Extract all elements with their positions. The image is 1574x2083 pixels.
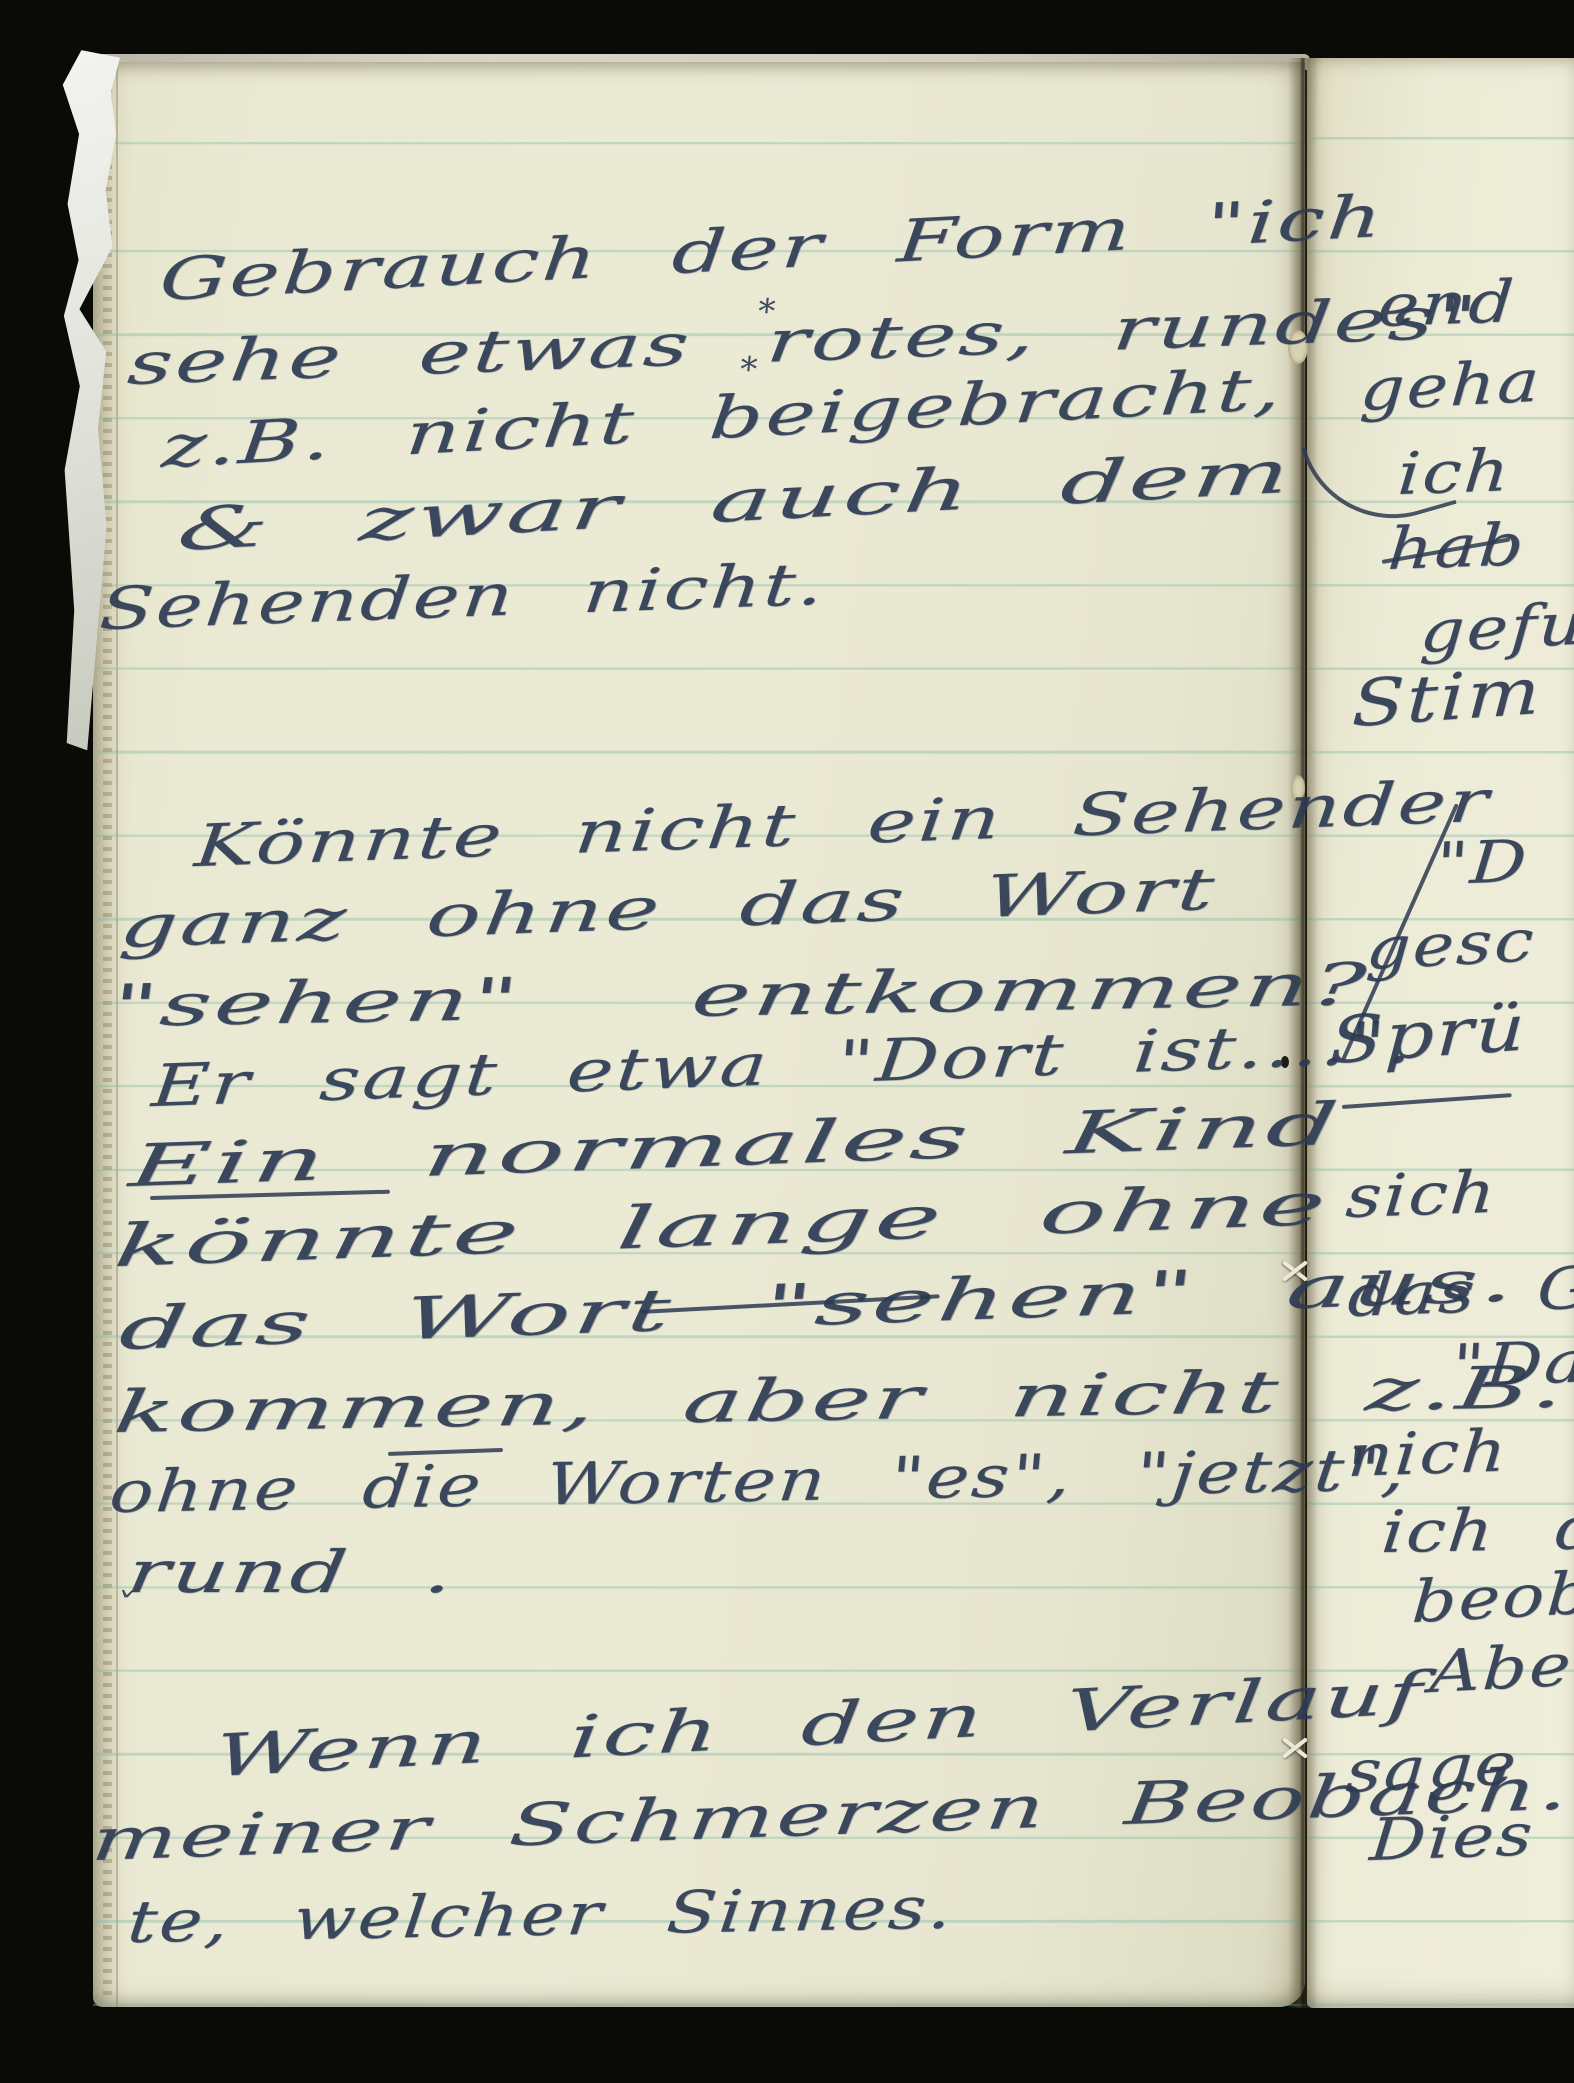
word-fragment: sich <box>1344 1158 1500 1231</box>
manuscript-line: te, welcher Sinnes. <box>125 1874 957 1957</box>
word-fragment: das G <box>1346 1253 1574 1330</box>
word-fragment: gefu <box>1418 589 1574 666</box>
word-fragment: sage <box>1344 1729 1520 1806</box>
word-fragment: ich d <box>1379 1494 1574 1566</box>
caret-mark: ˇ <box>110 1586 134 1632</box>
word-fragment: Stim <box>1351 655 1544 743</box>
insertion-mark: * <box>738 350 758 390</box>
word-fragment: "Da <box>1450 1327 1574 1400</box>
insertion-mark: * <box>756 292 776 332</box>
word-fragment: "D <box>1434 827 1531 898</box>
word-fragment: end <box>1376 267 1518 340</box>
word-fragment: gesc <box>1364 906 1537 983</box>
word-fragment: Abe <box>1428 1630 1574 1706</box>
word-fragment: geha <box>1358 346 1543 424</box>
gutter-stitch-icon <box>1280 1733 1310 1763</box>
manuscript-line: rund . <box>124 1538 461 1606</box>
word-fragment: nich <box>1346 1416 1511 1490</box>
word-fragment: Dies <box>1368 1800 1537 1874</box>
word-fragment: Sprü <box>1329 991 1529 1079</box>
word-fragment: beob <box>1410 1558 1574 1636</box>
photo-backdrop: { "scene": { "description": "Open handwr… <box>0 0 1574 2083</box>
